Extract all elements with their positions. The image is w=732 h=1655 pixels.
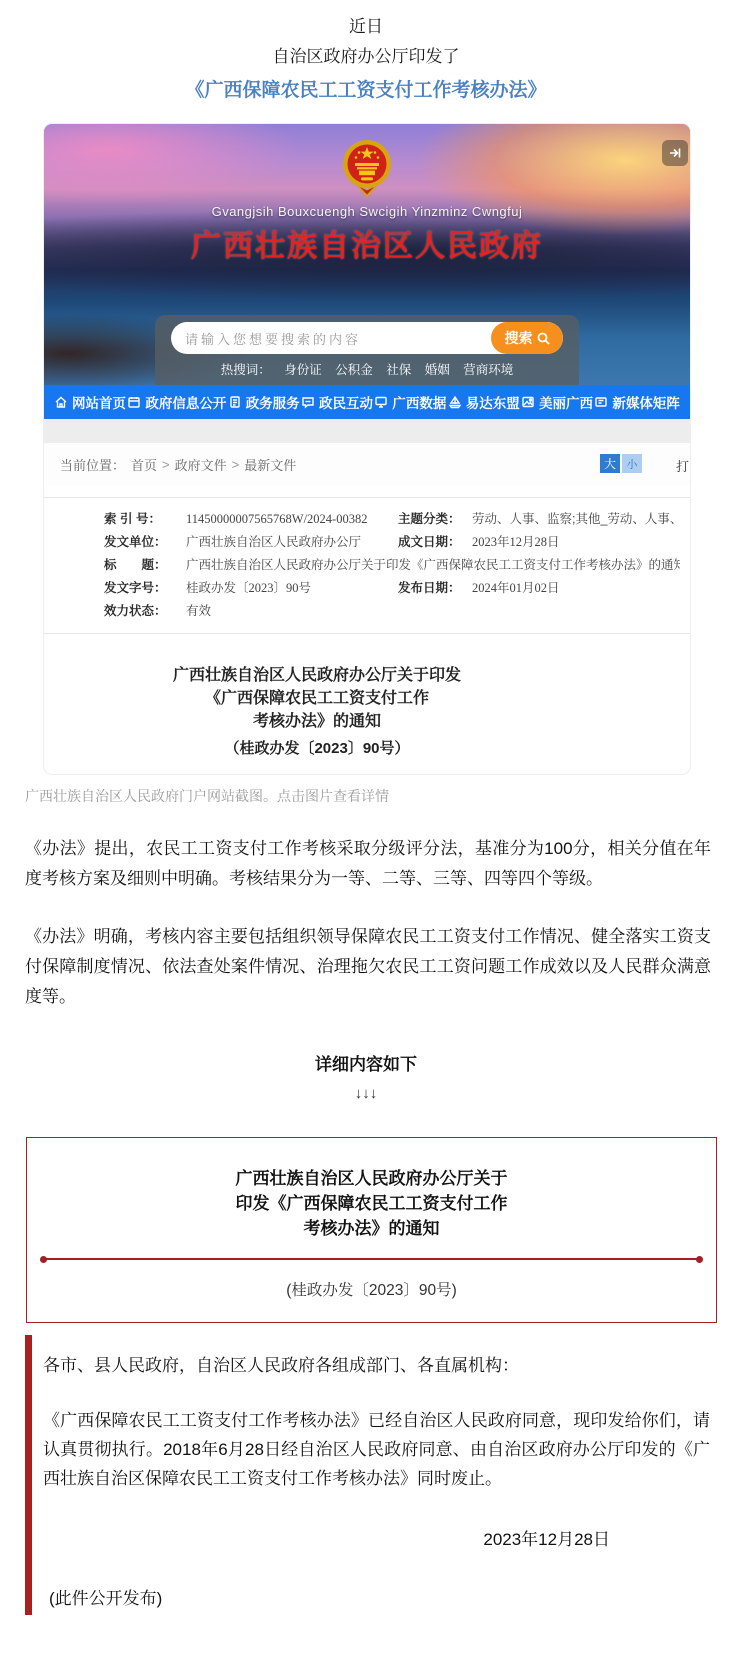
- nav-label: 政府信息公开: [145, 392, 226, 412]
- meta-doc-no-label: 发文字号：: [104, 577, 180, 600]
- meta-issuer-value: 广西壮族自治区人民政府办公厅: [180, 531, 398, 554]
- meta-title-label: 标 题：: [104, 554, 180, 577]
- hot-word[interactable]: 营商环境: [463, 363, 513, 377]
- breadcrumb: 当前位置： 首页 > 政府文件 > 最新文件 大 小 打印: [44, 443, 690, 485]
- nav-item-services[interactable]: 政务服务: [228, 392, 300, 412]
- intro-line-2: 自治区政府办公厅印发了: [0, 42, 732, 72]
- nav-label: 政民互动: [319, 392, 373, 412]
- hot-search-row: 热搜词： 身份证 公积金 社保 婚姻 营商环境: [171, 360, 563, 378]
- breadcrumb-latest-documents[interactable]: 最新文件: [244, 455, 296, 474]
- nav-label: 美丽广西: [539, 392, 593, 412]
- nav-item-guangxi-data[interactable]: 广西数据: [374, 392, 446, 412]
- hot-word[interactable]: 社保: [386, 363, 411, 377]
- search-button[interactable]: 搜索: [491, 322, 563, 354]
- meta-written-date-value: 2023年12月28日: [466, 531, 680, 554]
- meta-written-date-label: 成文日期：: [398, 531, 466, 554]
- search-button-label: 搜索: [505, 328, 533, 348]
- nav-label: 政务服务: [246, 392, 300, 412]
- nav-item-home[interactable]: 网站首页: [54, 392, 126, 412]
- nav-item-beautiful-guangxi[interactable]: 美丽广西: [521, 392, 593, 412]
- image-caption: 广西壮族自治区人民政府门户网站截图。点击图片查看详情: [25, 786, 707, 806]
- search-input[interactable]: 请输入您想要搜索的内容 搜索: [171, 322, 563, 354]
- font-size-large-button[interactable]: 大: [600, 454, 620, 473]
- screen-icon: [594, 395, 608, 409]
- notice-letter-section: 各市、县人民政府，自治区人民政府各组成部门、各直属机构： 《广西保障农民工工资支…: [25, 1335, 710, 1615]
- banner-enter-icon[interactable]: [662, 140, 688, 166]
- document-number: （桂政办发〔2023〕90号）: [44, 737, 590, 760]
- meta-publish-date-value: 2024年01月02日: [466, 577, 680, 600]
- site-title: 广西壮族自治区人民政府: [44, 221, 690, 265]
- letter-body: 《广西保障农民工工资支付工作考核办法》已经自治区人民政府同意，现印发给你们，请认…: [43, 1406, 710, 1493]
- national-emblem-icon: [340, 138, 394, 200]
- meta-publish-date-label: 发布日期：: [398, 577, 466, 600]
- notice-doc-number: (桂政办发〔2023〕90号): [27, 1278, 716, 1300]
- monitor-icon: [374, 395, 388, 409]
- gov-website-screenshot[interactable]: Gvangjsih Bouxcuengh Swcigih Yinzminz Cw…: [44, 124, 690, 774]
- scenery-icon: [521, 395, 535, 409]
- document-title-line: 《广西保障农民工工资支付工作: [44, 687, 590, 710]
- article-paragraph-2: 《办法》明确，考核内容主要包括组织领导保障农民工工资支付工作情况、健全落实工资支…: [25, 922, 711, 1012]
- nav-item-asean[interactable]: 易达东盟: [448, 392, 520, 412]
- letter-public-release-note: (此件公开发布): [43, 1584, 710, 1609]
- divider-strip: [44, 419, 690, 443]
- letter-date: 2023年12月28日: [43, 1525, 710, 1550]
- breadcrumb-separator: >: [232, 457, 240, 472]
- nav-label: 易达东盟: [466, 392, 520, 412]
- nav-item-media-matrix[interactable]: 新媒体矩阵: [594, 392, 680, 412]
- document-title-block: 广西壮族自治区人民政府办公厅关于印发 《广西保障农民工工资支付工作 考核办法》的…: [44, 634, 590, 774]
- down-arrows-icon: ↓↓↓: [0, 1085, 732, 1102]
- article-paragraph-1: 《办法》提出，农民工工资支付工作考核采取分级评分法，基准分为100分，相关分值在…: [25, 834, 711, 894]
- ship-icon: [448, 395, 462, 409]
- site-title-zhuang: Gvangjsih Bouxcuengh Swcigih Yinzminz Cw…: [44, 204, 690, 219]
- info-disclosure-icon: [127, 395, 141, 409]
- hot-word[interactable]: 婚姻: [425, 363, 450, 377]
- bottom-spacer: [0, 1615, 732, 1655]
- home-icon: [54, 395, 68, 409]
- nav-label: 广西数据: [392, 392, 446, 412]
- document-title-line: 考核办法》的通知: [44, 710, 590, 733]
- intro-line-1: 近日: [0, 12, 732, 42]
- document-meta-table: 索 引 号： 11450000007565768W/2024-00382 主题分…: [44, 497, 690, 634]
- breadcrumb-gov-documents[interactable]: 政府文件: [175, 455, 227, 474]
- print-button[interactable]: 打印: [676, 456, 690, 475]
- breadcrumb-home[interactable]: 首页: [131, 455, 157, 474]
- notice-title-line: 广西壮族自治区人民政府办公厅关于: [27, 1166, 716, 1191]
- search-panel: 请输入您想要搜索的内容 搜索 热搜词： 身份证 公积金 社保 婚姻 营商环境: [155, 315, 579, 385]
- site-banner: Gvangjsih Bouxcuengh Swcigih Yinzminz Cw…: [44, 124, 690, 385]
- meta-issuer-label: 发文单位：: [104, 531, 180, 554]
- search-icon: [537, 332, 550, 345]
- search-placeholder: 请输入您想要搜索的内容: [171, 329, 491, 348]
- chat-bubble-icon: [301, 395, 315, 409]
- notice-title-line: 印发《广西保障农民工工资支付工作: [27, 1191, 716, 1216]
- meta-title-value: 广西壮族自治区人民政府办公厅关于印发《广西保障农民工工资支付工作考核办法》的通知: [180, 554, 680, 577]
- nav-label: 网站首页: [72, 392, 126, 412]
- detail-heading: 详细内容如下: [0, 1050, 732, 1075]
- font-size-small-button[interactable]: 小: [622, 454, 642, 473]
- meta-index-label: 索 引 号：: [104, 508, 180, 531]
- policy-title-link[interactable]: 《广西保障农民工工资支付工作考核办法》: [0, 76, 732, 106]
- notice-title-line: 考核办法》的通知: [27, 1216, 716, 1241]
- meta-category-value: 劳动、人事、监察;其他_劳动、人事、监察: [466, 508, 680, 531]
- meta-index-value: 11450000007565768W/2024-00382: [180, 508, 398, 531]
- meta-validity-value: 有效: [180, 600, 680, 623]
- hot-search-label: 热搜词：: [221, 363, 271, 377]
- breadcrumb-label: 当前位置：: [60, 455, 125, 474]
- hot-word[interactable]: 公积金: [335, 363, 373, 377]
- meta-doc-no-value: 桂政办发〔2023〕90号: [180, 577, 398, 600]
- document-title-line: 广西壮族自治区人民政府办公厅关于印发: [44, 664, 590, 687]
- notice-divider: [41, 1258, 702, 1260]
- nav-item-info-disclosure[interactable]: 政府信息公开: [127, 392, 226, 412]
- meta-validity-label: 效力状态：: [104, 600, 180, 623]
- document-icon: [228, 395, 242, 409]
- letter-salutation: 各市、县人民政府，自治区人民政府各组成部门、各直属机构：: [43, 1351, 710, 1380]
- hot-word[interactable]: 身份证: [284, 363, 322, 377]
- article-intro: 近日 自治区政府办公厅印发了 《广西保障农民工工资支付工作考核办法》: [0, 0, 732, 106]
- breadcrumb-separator: >: [162, 457, 170, 472]
- nav-label: 新媒体矩阵: [612, 392, 680, 412]
- nav-item-interaction[interactable]: 政民互动: [301, 392, 373, 412]
- meta-category-label: 主题分类：: [398, 508, 466, 531]
- notice-title-box: 广西壮族自治区人民政府办公厅关于 印发《广西保障农民工工资支付工作 考核办法》的…: [26, 1137, 717, 1323]
- main-nav: 网站首页 政府信息公开 政务服务 政民互动 广西数据 易达东盟 美丽广西 新媒: [44, 385, 690, 419]
